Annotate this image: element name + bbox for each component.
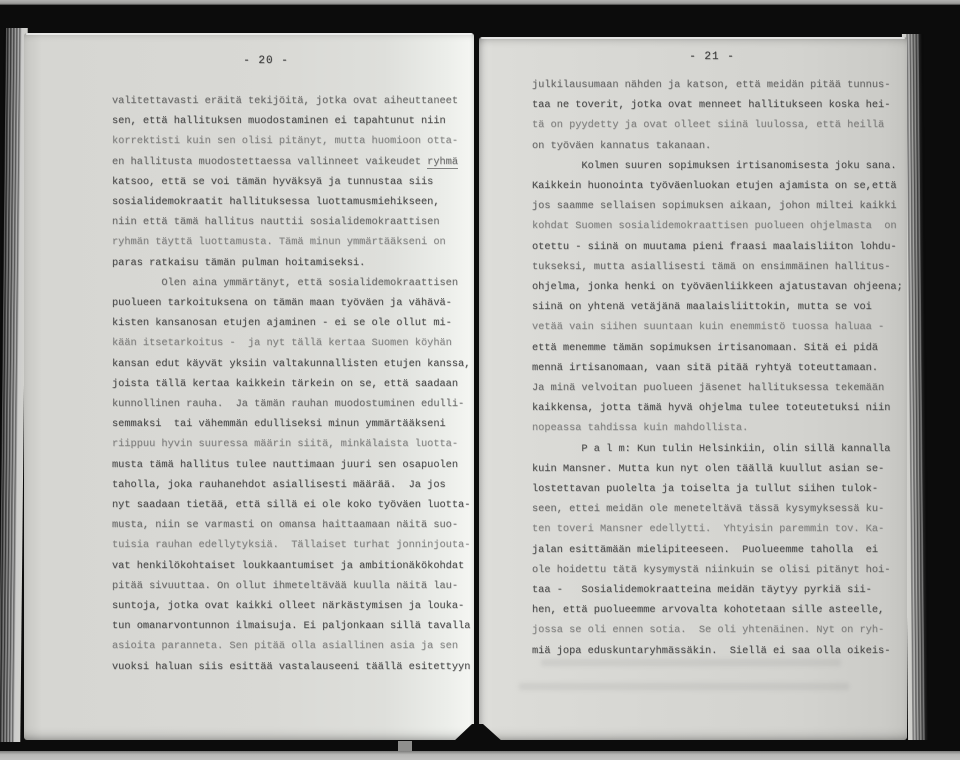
text-line: ryhmän täyttä luottamusta. Tämä minun ym…	[112, 232, 470, 252]
page-number-left: - 20 -	[24, 55, 474, 67]
scanner-edge-bottom	[0, 751, 960, 760]
text-line: Ja minä velvoitan puolueen jäsenet halli…	[532, 378, 903, 398]
bleed-through-artifact	[519, 683, 849, 690]
text-line: ten toveri Mansner edellytti. Yhtyisin p…	[532, 519, 903, 539]
scan-artifact	[398, 741, 412, 751]
text-line: vuoksi haluan siis esittää vastalauseeni…	[112, 657, 470, 677]
text-line: sosialidemokraatit hallituksessa luottam…	[112, 192, 470, 212]
text-line: puolueen tarkoituksena on tämän maan työ…	[112, 293, 470, 313]
text-line: kuin Mansner. Mutta kun nyt olen täällä …	[532, 459, 903, 479]
text-line: ole hoidettu tätä kysymystä niinkuin se …	[532, 560, 903, 580]
page-left: - 20 - valitettavasti eräitä tekijöitä, …	[24, 33, 474, 740]
text-line: korrektisti kuin sen olisi pitänyt, mutt…	[112, 131, 470, 151]
text-line: suntoja, jotka ovat kaikki olleet närkäs…	[112, 596, 470, 616]
text-line: vat henkilökohtaiset loukkaantumiset ja …	[112, 556, 470, 576]
text-line: jos saamme sellaisen sopimuksen aikaan, …	[532, 196, 903, 216]
text-line: sen, että hallituksen muodostaminen ei t…	[112, 111, 470, 131]
text-line: taa ne toverit, jotka ovat menneet halli…	[532, 95, 903, 115]
text-line: Kolmen suuren sopimuksen irtisanomisesta…	[532, 156, 903, 176]
text-line: on työväen kannatus takanaan.	[532, 136, 903, 156]
text-line: julkilausumaan nähden ja katson, että me…	[532, 75, 903, 95]
scanner-edge-top	[0, 0, 960, 5]
text-line: valitettavasti eräitä tekijöitä, jotka o…	[112, 91, 470, 111]
text-line: Olen aina ymmärtänyt, että sosialidemokr…	[112, 273, 470, 293]
text-line: asioita paranneta. Sen pitää olla asiall…	[112, 636, 470, 656]
page-number-right: - 21 -	[479, 51, 907, 63]
text-line: että menemme tämän sopimuksen irtisanoma…	[532, 338, 903, 358]
text-line: en hallitusta muodostettaessa vallinneet…	[112, 152, 470, 172]
text-line: jalan esittämään mielipiteeseen. Puoluee…	[532, 540, 903, 560]
text-line: taa - Sosialidemokraatteina meidän täyty…	[532, 580, 903, 600]
text-line: nopeassa tahdissa kuin mahdollista.	[532, 418, 903, 438]
text-line: lostettavan puolelta ja toiselta ja tull…	[532, 479, 903, 499]
text-line: kisten kansanosan etujen ajaminen - ei s…	[112, 313, 470, 333]
text-line: siinä on yhtenä vetäjänä maalaisliittoki…	[532, 297, 903, 317]
page-right: - 21 - julkilausumaan nähden ja katson, …	[479, 37, 907, 740]
text-line: vetää vain siihen suuntaan kuin enemmist…	[532, 317, 903, 337]
text-line: musta tämä hallitus tulee nauttimaan juu…	[112, 455, 470, 475]
text-line: miä jopa eduskuntaryhmässäkin. Siellä ei…	[532, 641, 903, 661]
scanned-book-spread: - 20 - valitettavasti eräitä tekijöitä, …	[0, 0, 960, 760]
text-line: seen, ettei meidän ole meneteltävä tässä…	[532, 499, 903, 519]
text-line: mennä irtisanomaan, vaan sitä pitää ryht…	[532, 358, 903, 378]
page-right-text: julkilausumaan nähden ja katson, että me…	[532, 75, 903, 661]
text-line: tukseksi, mutta asiallisesti tämä on ens…	[532, 257, 903, 277]
page-left-text: valitettavasti eräitä tekijöitä, jotka o…	[112, 91, 470, 677]
text-line: riippuu hyvin suuressa määrin siitä, min…	[112, 434, 470, 454]
text-line: tun omanarvontunnon ilmaisuja. Ei paljon…	[112, 616, 470, 636]
text-line: kaikkensa, jotta tämä hyvä ohjelma tulee…	[532, 398, 903, 418]
text-line: ohjelma, jonka henki on työväenliikkeen …	[532, 277, 903, 297]
text-line: jossa se oli ennen sotia. Se oli yhtenäi…	[532, 620, 903, 640]
text-line: tuisia rauhan edellytyksiä. Tällaiset tu…	[112, 535, 470, 555]
text-line: kään itsetarkoitus - ja nyt tällä kertaa…	[112, 333, 470, 353]
text-line: semmaksi tai vähemmän edulliseksi minun …	[112, 414, 470, 434]
text-line: niin että tämä hallitus nauttii sosialid…	[112, 212, 470, 232]
text-line: P a l m: Kun tulin Helsinkiin, olin sill…	[532, 439, 903, 459]
text-line: kansan edut käyvät yksiin valtakunnallis…	[112, 354, 470, 374]
text-line: paras ratkaisu tämän pulman hoitamiseksi…	[112, 253, 470, 273]
underline-artifact	[427, 168, 458, 169]
text-line: otettu - siinä on muutama pieni fraasi m…	[532, 237, 903, 257]
text-line: taholla, joka rauhanehdot asiallisesti m…	[112, 475, 470, 495]
text-line: Kaikkein huonointa työväenluokan etujen …	[532, 176, 903, 196]
bleed-through-artifact	[541, 659, 841, 666]
text-line: hen, että puolueemme arvovalta kohotetaa…	[532, 600, 903, 620]
text-line: nyt saadaan tietää, että sillä ei ole ko…	[112, 495, 470, 515]
text-line: kunnollinen rauha. Ja tämän rauhan muodo…	[112, 394, 470, 414]
text-line: kohdat Suomen sosialidemokraattisen puol…	[532, 216, 903, 236]
text-line: musta, niin se varmasti on omansa haitta…	[112, 515, 470, 535]
text-line: tä on pyydetty ja ovat olleet siinä luul…	[532, 115, 903, 135]
text-line: joista tällä kertaa kaikkein tärkein on …	[112, 374, 470, 394]
text-line: katsoo, että se voi tämän hyväksyä ja tu…	[112, 172, 470, 192]
text-line: pitää sivuuttaa. On ollut ihmeteltävää k…	[112, 576, 470, 596]
